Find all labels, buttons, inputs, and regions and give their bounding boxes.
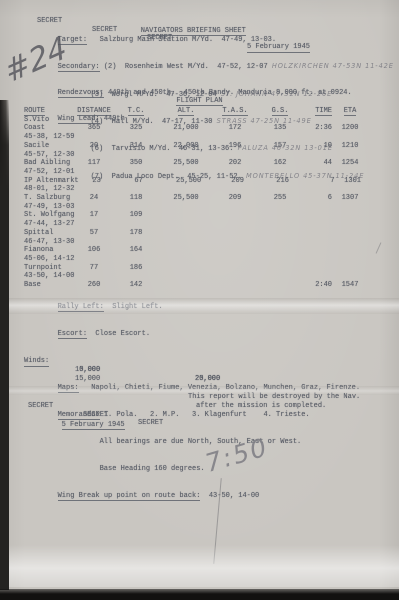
target-value: Salzburg Main Station M/Yd. 47-49, 13-03… <box>100 36 276 44</box>
scan-edge-bottom <box>0 589 399 600</box>
route-coordinates: 43-50, 14-00 <box>24 272 374 281</box>
route-coordinates: 47-44, 13-27 <box>24 220 374 229</box>
secondary-typed: (2) Rosenheim West M/Yd. 47-52, 12-07 <box>104 63 268 71</box>
classification-row: SECRET SECRET SECRET 5 February 1945 <box>0 8 399 17</box>
flight-plan-row: Bad Aibling11735025,500202162441254 <box>24 159 374 168</box>
route-coordinates: 47-49, 13-03 <box>24 203 374 212</box>
column-header: T.C. <box>128 107 145 116</box>
column-header: G.S. <box>272 107 289 116</box>
wing-break-label: Wing Break up point on route back: <box>58 492 201 501</box>
maps-label: Maps: <box>58 384 79 393</box>
target-line: Target: Salzburg Main Station M/Yd. 47-4… <box>24 27 396 53</box>
winds-altitude: 25,000 <box>195 375 220 384</box>
secondary-item: Secondary: (2) Rosenheim West M/Yd. 47-5… <box>24 53 396 80</box>
column-header: T.A.S. <box>222 107 247 116</box>
flight-plan-row: Sacile2031422,000196157101210 <box>24 142 374 151</box>
document-content: SECRET SECRET SECRET 5 February 1945 NAV… <box>0 0 399 600</box>
winds-row: 10,000 25,000 <box>24 357 384 366</box>
flight-plan-row: Turnpoint77186 <box>24 264 374 273</box>
pencil-annotation: HOLZKIRCHEN 47-53N 11-42E <box>272 62 394 70</box>
rally-line: Rally Left: Slight Left. <box>24 294 384 321</box>
wing-break-value: 43-50, 14-00 <box>209 492 259 500</box>
maps-value: Napoli, Chieti, Fiume, Venezia, Bolzano,… <box>91 384 360 392</box>
flight-plan-title-text: FLIGHT PLAN <box>176 97 222 106</box>
route-coordinates: 45-06, 14-12 <box>24 255 374 264</box>
winds-row: Winds: 5,000 20,000 <box>24 348 384 357</box>
flight-plan-row: IP Altenmarkt236725,50020921671301 <box>24 177 374 186</box>
destruction-note: This report will be destroyed by the Nav… <box>188 393 388 411</box>
column-header: ETA <box>344 107 357 116</box>
escort-label: Escort: <box>58 330 87 339</box>
secret-stamp: SECRET <box>28 402 53 411</box>
flight-plan-row: Fianona106164 <box>24 246 374 255</box>
escort-line: Escort: Close Escort. <box>24 321 384 348</box>
winds-altitude: 15,000 <box>75 375 100 384</box>
route-coordinates: 47-52, 12-01 <box>24 168 374 177</box>
flight-plan-row: Base2601422:401547 <box>24 281 374 290</box>
column-header: DISTANCE <box>77 107 111 116</box>
route-coordinates: 45-57, 12-30 <box>24 151 374 160</box>
winds-row: 15,000 <box>24 366 384 375</box>
scan-edge-left <box>0 100 9 590</box>
column-header: ALT. <box>178 107 195 116</box>
scanned-paper: SECRET SECRET SECRET 5 February 1945 NAV… <box>0 0 399 600</box>
document-footer: SECRET SECRET SECRET This report will be… <box>28 393 388 438</box>
flight-plan-row: Coast36532521,0001721352:361200 <box>24 124 374 133</box>
flight-plan-row: Spittal57178 <box>24 229 374 238</box>
column-header: TIME <box>315 107 332 116</box>
footer-date: 5 February 1945 <box>28 412 388 438</box>
flight-plan-row: St. Wolfgang17109 <box>24 211 374 220</box>
route-coordinates: 48-01, 12-32 <box>24 185 374 194</box>
column-header: ROUTE <box>24 107 45 116</box>
flight-plan-row: T. Salzburg2411825,50020925561307 <box>24 194 374 203</box>
flight-plan-title: FLIGHT PLAN <box>0 97 399 105</box>
secret-stamp: SECRET <box>138 419 163 428</box>
rally-value: Slight Left. <box>112 303 162 311</box>
flight-plan-header: ROUTE DISTANCE T.C. ALT. T.A.S. G.S. TIM… <box>24 107 374 116</box>
flight-plan-table: ROUTE DISTANCE T.C. ALT. T.A.S. G.S. TIM… <box>24 107 374 290</box>
escort-value: Close Escort. <box>95 330 150 338</box>
route-coordinates: 45-38, 12-59 <box>24 133 374 142</box>
rendezvous-value: 449th and 450th. 450th Bandy. Manduria 8… <box>108 89 352 97</box>
secret-stamp: SECRET <box>83 411 108 420</box>
wing-break-line: Wing Break up point on route back: 43-50… <box>24 483 384 510</box>
route-coordinates: 46-47, 13-30 <box>24 238 374 247</box>
rally-label: Rally Left: <box>58 303 104 312</box>
